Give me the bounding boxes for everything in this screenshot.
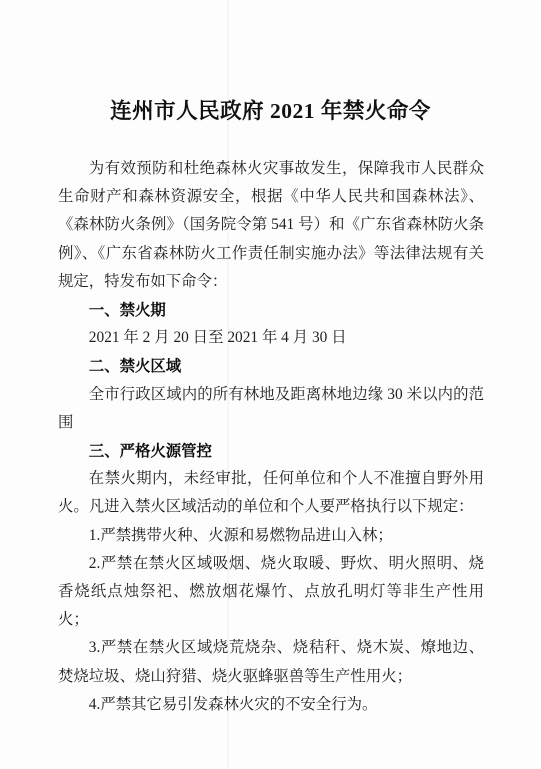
fire-source-control-intro: 在禁火期内，未经审批，任何单位和个人不准擅自野外用火。凡进入禁火区域活动的单位和… [58,465,484,521]
fire-ban-period-dates: 2021 年 2 月 20 日至 2021 年 4 月 30 日 [58,324,484,352]
scanned-document-page: 连州市人民政府 2021 年禁火命令 为有效预防和杜绝森林火灾事故发生，保障我市… [0,0,541,769]
intro-paragraph: 为有效预防和杜绝森林火灾事故发生，保障我市人民群众生命财产和森林资源安全，根据《… [58,155,484,296]
document-title: 连州市人民政府 2021 年禁火命令 [0,94,541,125]
section-heading-fire-ban-period: 一、禁火期 [58,296,484,324]
rule-item-2: 2.严禁在禁火区域吸烟、烧火取暖、野炊、明火照明、烧香烧纸点烛祭祀、燃放烟花爆竹… [58,550,484,635]
rule-item-3: 3.严禁在禁火区域烧荒烧杂、烧秸秆、烧木炭、燎地边、焚烧垃圾、烧山狩猎、烧火驱蜂… [58,634,484,690]
document-body: 为有效预防和杜绝森林火灾事故发生，保障我市人民群众生命财产和森林资源安全，根据《… [58,155,484,719]
fire-ban-area-text: 全市行政区域内的所有林地及距离林地边缘 30 米以内的范围 [58,381,484,437]
rule-item-1: 1.严禁携带火种、火源和易燃物品进山入林； [58,522,484,550]
section-heading-fire-ban-area: 二、禁火区域 [58,352,484,380]
section-heading-fire-source-control: 三、严格火源管控 [58,437,484,465]
rule-item-4: 4.严禁其它易引发森林火灾的不安全行为。 [58,691,484,719]
